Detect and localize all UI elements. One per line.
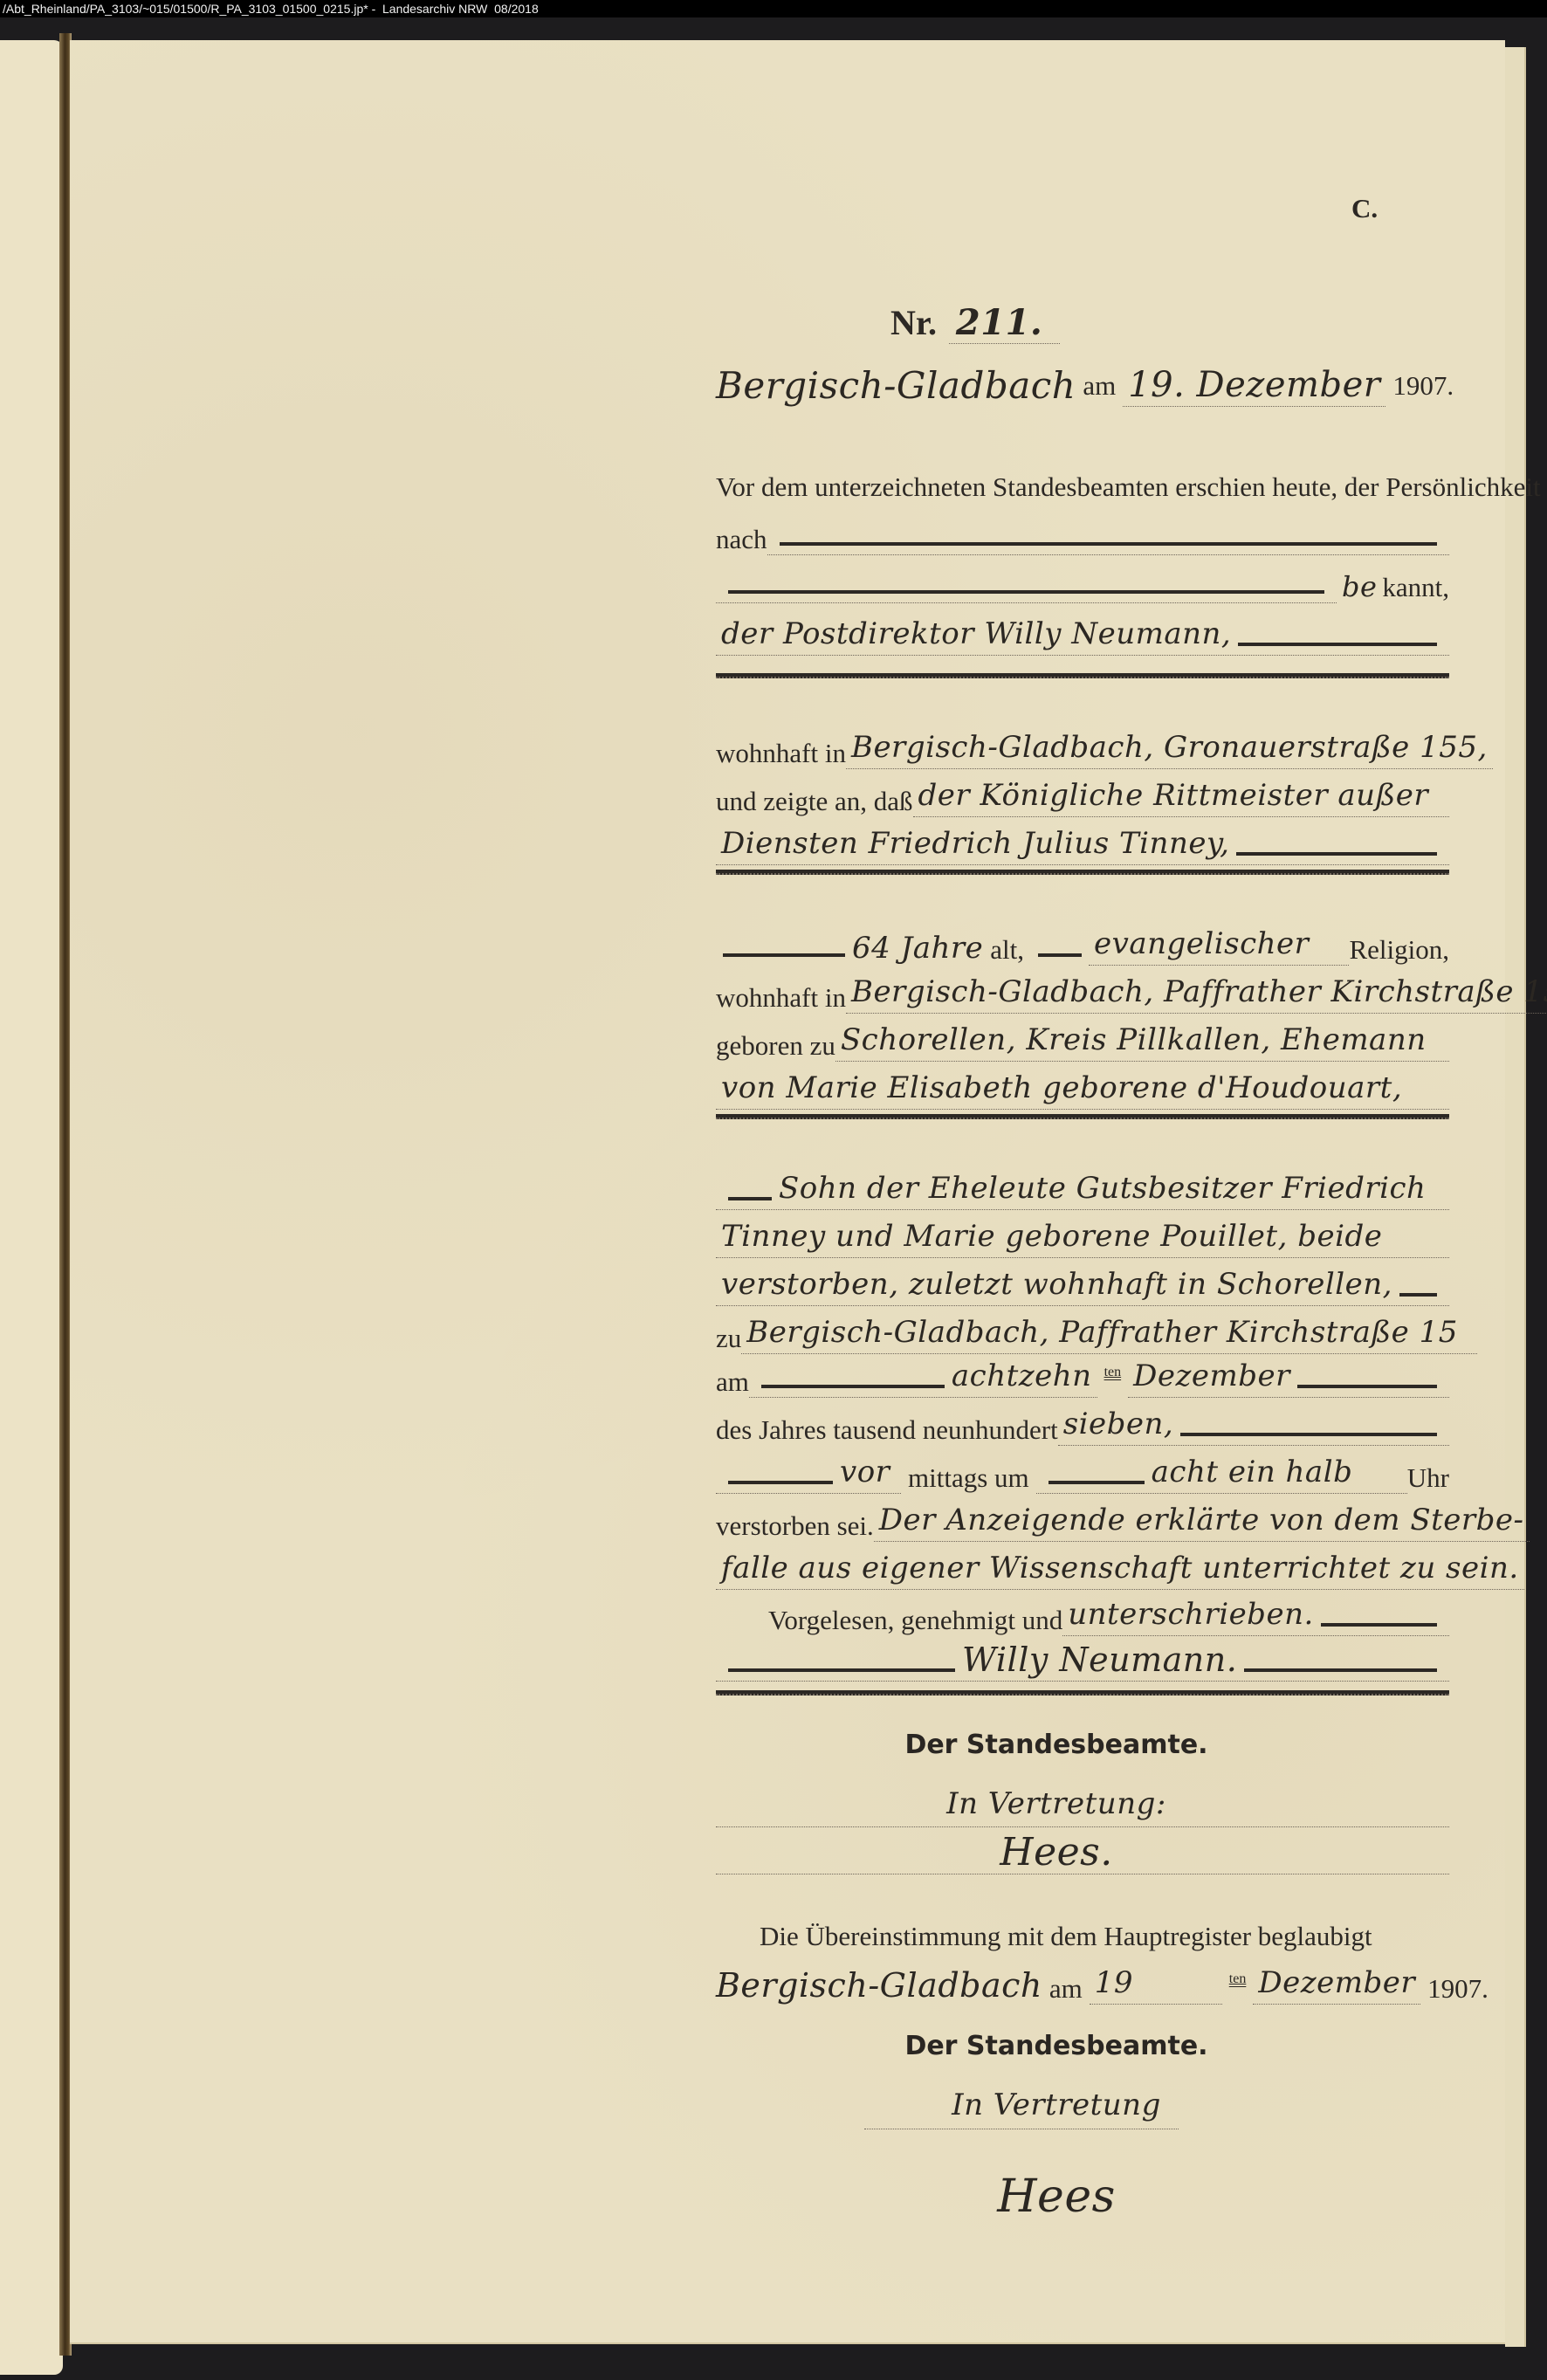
- parents-field-2: Tinney und Marie geborene Pouillet, beid…: [716, 1214, 1449, 1258]
- born-field: Schorellen, Kreis Pillkallen, Ehemann: [835, 1017, 1449, 1062]
- window-title-bar: /Abt_Rheinland/PA_3103/~015/01500/R_PA_3…: [0, 0, 1547, 17]
- bekannt-line: be kannt,: [716, 551, 1449, 603]
- death-year-field: sieben,: [1058, 1401, 1449, 1446]
- death-record-form: C. Nr. 211. Bergisch-Gladbach am 19. Dez…: [646, 40, 1467, 2342]
- official-title-1: Der Standesbeamte.: [646, 1730, 1467, 1760]
- place-value: Bergisch-Gladbach: [716, 364, 1076, 407]
- intro-text: Vor dem unterzeichneten Standesbeamten e…: [716, 471, 1541, 503]
- nach-field: [767, 511, 1449, 555]
- informant-line: der Postdirektor Willy Neumann,: [716, 603, 1449, 656]
- age-line: 64 Jahre alt, evangelischer Religion,: [716, 913, 1449, 966]
- parents-line-1: Sohn der Eheleute Gutsbesitzer Friedrich: [716, 1158, 1449, 1210]
- nach-line: nach: [716, 503, 1449, 555]
- separator-rule: [716, 870, 1449, 875]
- cert-month-field: Dezember: [1253, 1960, 1420, 2005]
- number-value: 211.: [949, 302, 1060, 344]
- parents-line-3: verstorben, zuletzt wohnhaft in Schorell…: [716, 1254, 1449, 1306]
- cert-ten-label: ten: [1229, 1971, 1247, 1987]
- informant-field: der Postdirektor Willy Neumann,: [716, 611, 1449, 656]
- ten-label: ten: [1104, 1365, 1122, 1380]
- am-label: am: [1083, 370, 1116, 402]
- note-field-1: Der Anzeigende erklärte von dem Sterbe-: [874, 1497, 1530, 1542]
- parents-field-1: Sohn der Eheleute Gutsbesitzer Friedrich: [716, 1166, 1449, 1210]
- death-month-field: Dezember: [1128, 1353, 1449, 1398]
- certification-line: Die Übereinstimmung mit dem Hauptregiste…: [716, 1900, 1449, 1952]
- parents-field-3: verstorben, zuletzt wohnhaft in Schorell…: [716, 1262, 1449, 1306]
- informant-signature-line: Willy Neumann.: [716, 1629, 1449, 1682]
- time-prefix-field: vor: [716, 1449, 901, 1494]
- note-line-2: falle aus eigener Wissenschaft unterrich…: [716, 1537, 1449, 1590]
- residence2-line: wohnhaft in Bergisch-Gladbach, Paffrathe…: [716, 961, 1449, 1014]
- read-line: Vorgelesen, genehmigt und unterschrieben…: [716, 1584, 1449, 1636]
- cert-year: 1907.: [1427, 1973, 1489, 2005]
- informant-signature-field: Willy Neumann.: [716, 1637, 1449, 1682]
- deputy-note-2: In Vertretung: [646, 2088, 1467, 2122]
- born-line: geboren zu Schorellen, Kreis Pillkallen,…: [716, 1009, 1449, 1062]
- cert-am-label: am: [1049, 1973, 1083, 2005]
- deceased-field-1: der Königliche Rittmeister außer: [913, 773, 1449, 817]
- corner-mark: C.: [1351, 193, 1378, 224]
- number-label: Nr.: [890, 303, 937, 342]
- time-field: acht ein halb: [1036, 1449, 1407, 1494]
- certification-text: Die Übereinstimmung mit dem Hauptregiste…: [760, 1921, 1372, 1952]
- death-time-line: vor mittags um acht ein halb Uhr: [716, 1441, 1449, 1494]
- bekannt-hw: be: [1342, 570, 1377, 603]
- deceased-field-2: Diensten Friedrich Julius Tinney,: [716, 821, 1449, 865]
- residence-field: Bergisch-Gladbach, Gronauerstraße 155,: [846, 725, 1493, 769]
- place-date-line: Bergisch-Gladbach am 19. Dezember 1907.: [716, 354, 1449, 407]
- cert-date-line: Bergisch-Gladbach am 19 ten Dezember 190…: [716, 1952, 1449, 2005]
- signature-line-2: [716, 1874, 1449, 1874]
- deputy-note-1: In Vertretung:: [646, 1786, 1467, 1821]
- parents-line-2: Tinney und Marie geborene Pouillet, beid…: [716, 1206, 1449, 1258]
- spouse-field: von Marie Elisabeth geborene d'Houdouart…: [716, 1065, 1449, 1110]
- register-page: C. Nr. 211. Bergisch-Gladbach am 19. Dez…: [70, 40, 1505, 2344]
- cert-day-field: 19: [1090, 1960, 1222, 2005]
- year-label: 1907.: [1392, 370, 1454, 402]
- signature-line-1: [716, 1826, 1449, 1827]
- official-signature-2: Hees: [646, 2170, 1467, 2223]
- verstorben-line: verstorben sei. Der Anzeigende erklärte …: [716, 1489, 1449, 1542]
- announce-line: und zeigte an, daß der Königliche Rittme…: [716, 765, 1449, 817]
- spouse-line: von Marie Elisabeth geborene d'Houdouart…: [716, 1057, 1449, 1110]
- death-year-line: des Jahres tausend neunhundert sieben,: [716, 1393, 1449, 1446]
- death-day-field: achtzehn: [749, 1353, 1097, 1398]
- religion-field: evangelischer: [1089, 921, 1349, 966]
- signature-line-3: [864, 2129, 1179, 2129]
- separator-rule: [716, 673, 1449, 678]
- official-title-2: Der Standesbeamte.: [646, 2031, 1467, 2061]
- separator-rule: [716, 1690, 1449, 1696]
- bekannt-field: [716, 559, 1337, 603]
- cert-place: Bergisch-Gladbach: [716, 1966, 1042, 2005]
- intro-line: Vor dem unterzeichneten Standesbeamten e…: [716, 451, 1449, 503]
- official-signature-1: Hees.: [646, 1830, 1467, 1874]
- underlying-sheet-edge: [1505, 47, 1526, 2347]
- left-page-edge: [0, 40, 63, 2375]
- record-number: Nr. 211.: [890, 302, 1060, 343]
- death-date-line: am achtzehn ten Dezember: [716, 1345, 1449, 1398]
- residence2-field: Bergisch-Gladbach, Paffrather Kirchstraß…: [846, 969, 1547, 1014]
- date-field: 19. Dezember: [1123, 362, 1385, 407]
- separator-rule: [716, 1114, 1449, 1119]
- age-value: 64 Jahre: [852, 931, 983, 966]
- residence-line: wohnhaft in Bergisch-Gladbach, Gronauers…: [716, 717, 1449, 769]
- deceased-line: Diensten Friedrich Julius Tinney,: [716, 813, 1449, 865]
- bekannt-label: kannt,: [1382, 572, 1449, 603]
